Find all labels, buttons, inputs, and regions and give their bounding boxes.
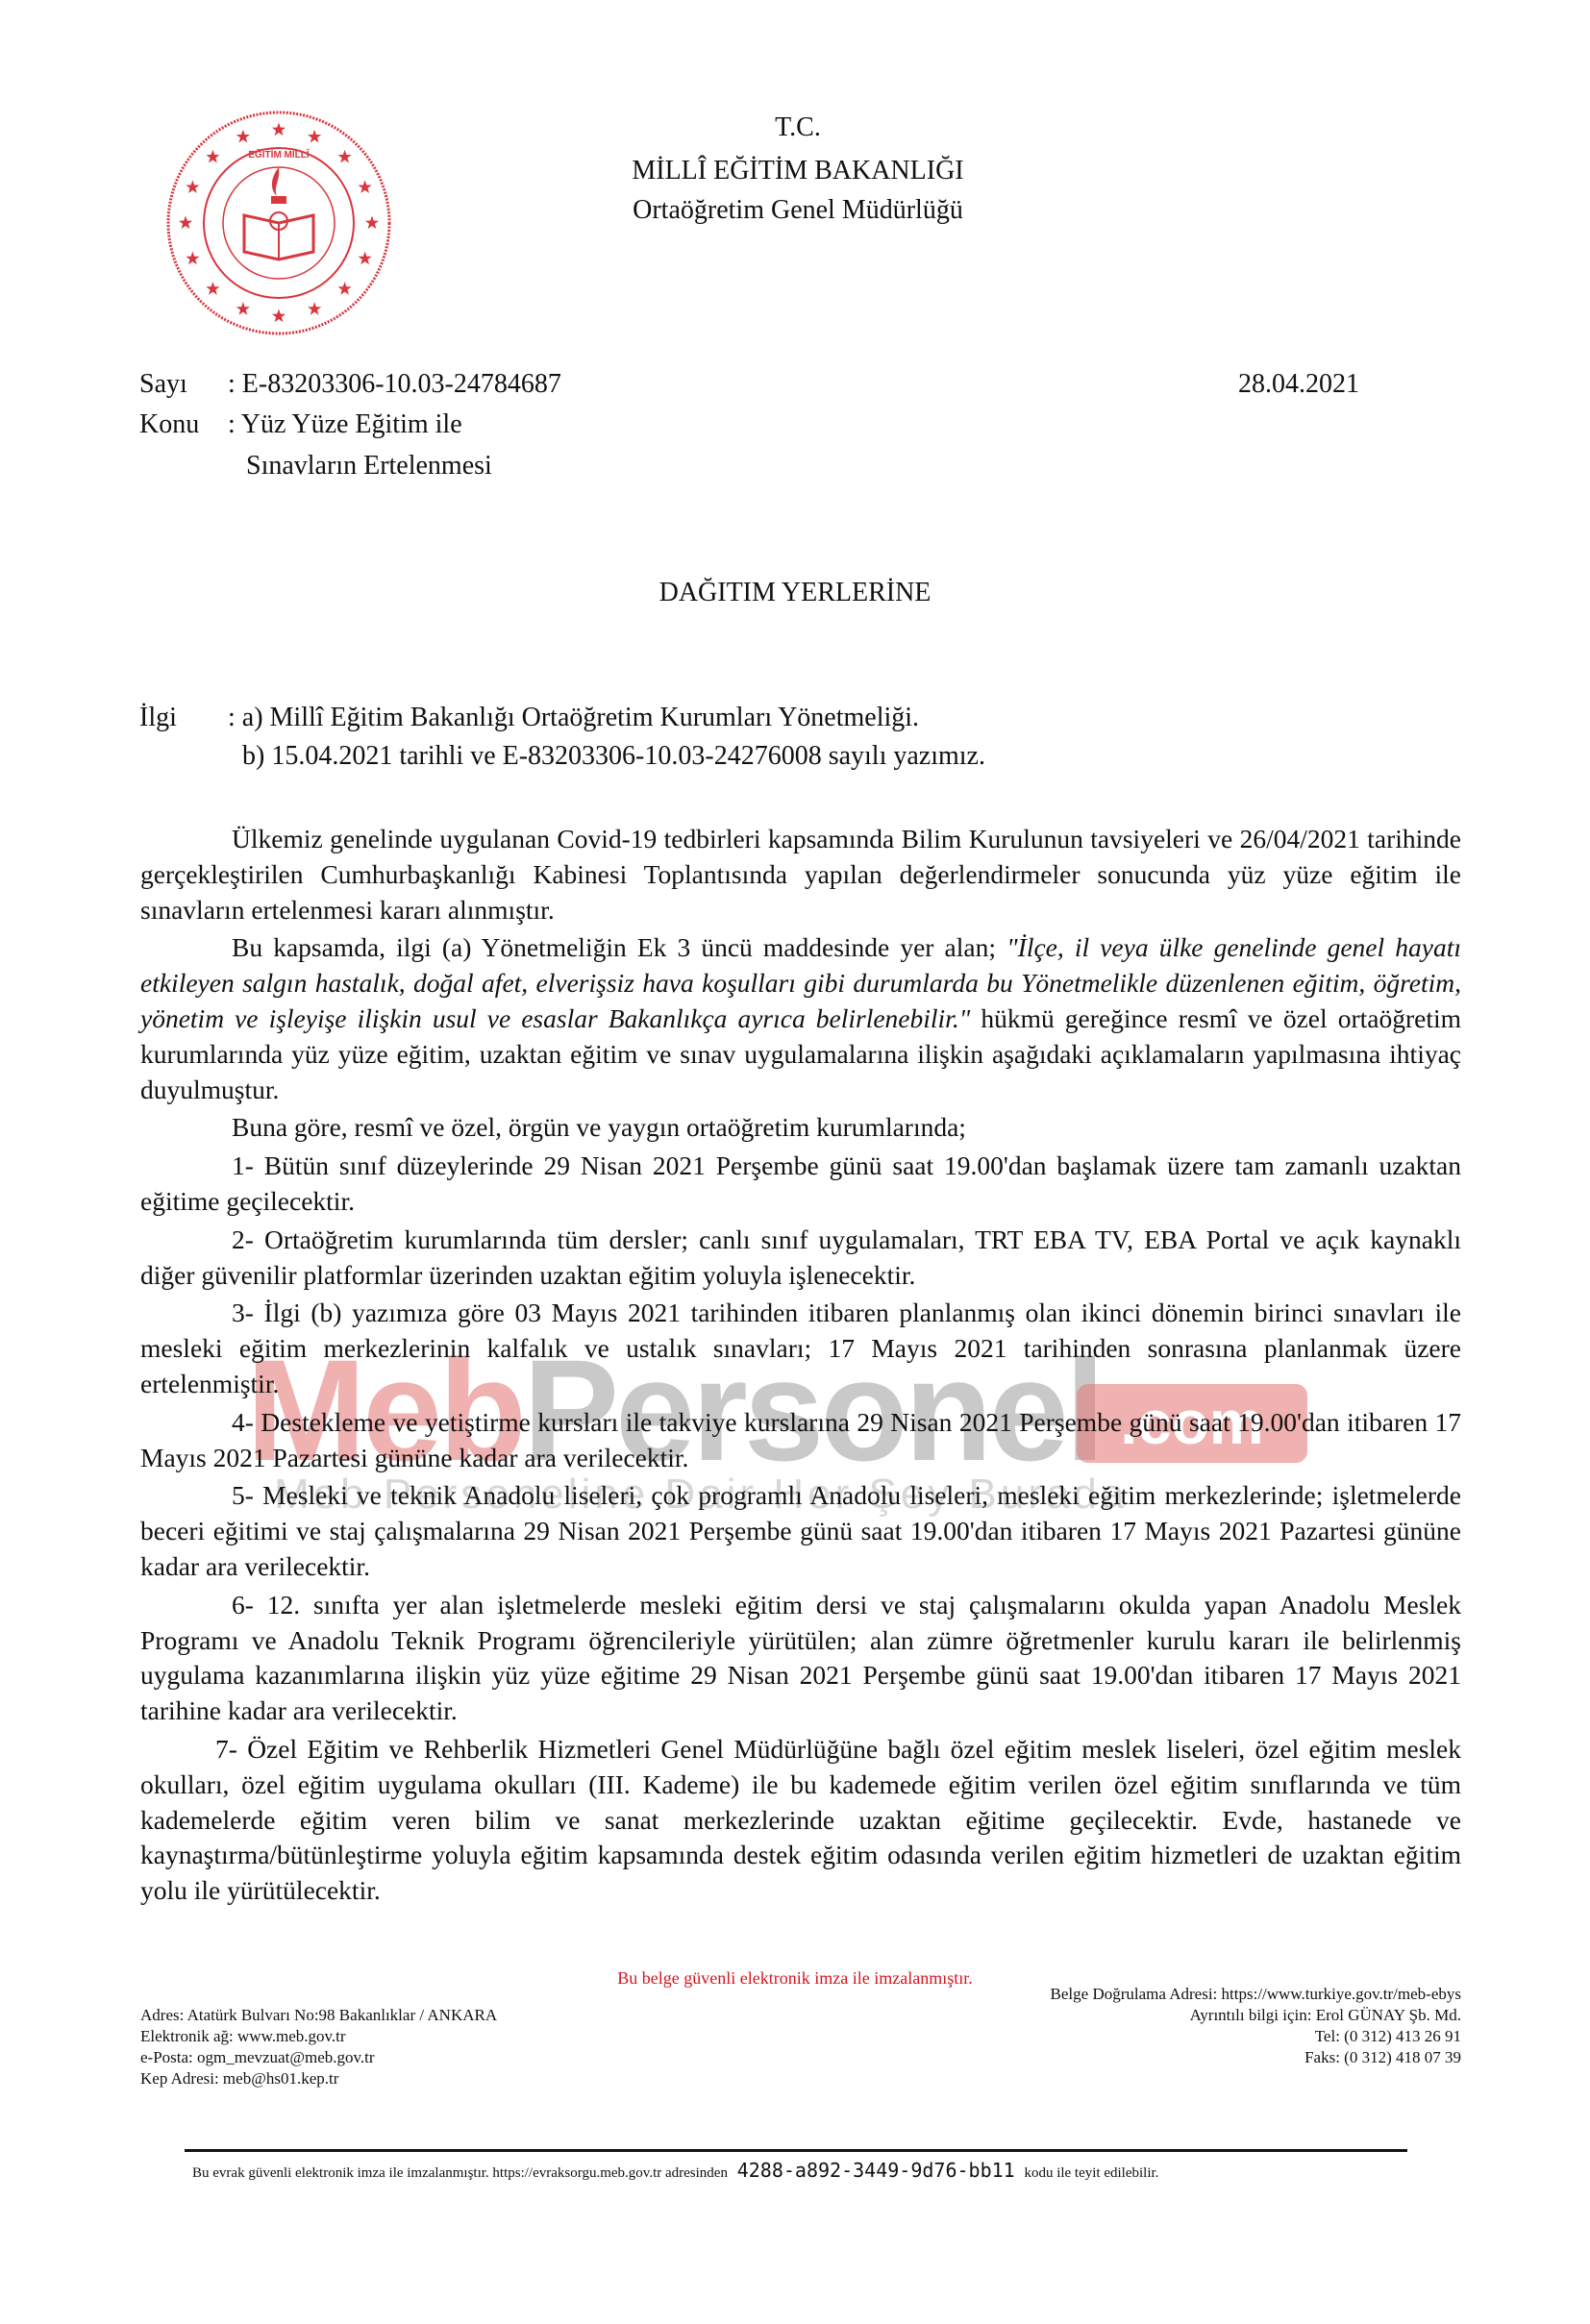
sayi-row: Sayı: E-83203306-10.03-24784687 [139, 371, 561, 398]
verification-prefix: Bu evrak güvenli elektronik imza ile imz… [192, 2165, 728, 2181]
konu-value: : Yüz Yüze Eğitim ile [228, 409, 462, 439]
recipient-heading: DAĞITIM YERLERİNE [0, 580, 1590, 606]
directorate-name: Ortaöğretim Genel Müdürlüğü [481, 197, 1115, 224]
verification-suffix: kodu ile teyit edilebilir. [1024, 2165, 1158, 2181]
list-item: 7- Özel Eğitim ve Rehberlik Hizmetleri G… [140, 1732, 1461, 1909]
paragraph-scope: Buna göre, resmî ve özel, örgün ve yaygı… [140, 1110, 1461, 1146]
svg-text:EĞİTİM MİLLÎ: EĞİTİM MİLLÎ [248, 148, 311, 161]
verification-line: Bu evrak güvenli elektronik imza ile imz… [192, 2159, 1158, 2182]
ministry-seal-icon: EĞİTİM MİLLÎ [163, 108, 394, 338]
footer-website: Elektronik ağ: www.meb.gov.tr [140, 2026, 497, 2047]
footer-phone: Tel: (0 312) 413 26 91 [1051, 2026, 1461, 2047]
konu-label: Konu [139, 411, 228, 438]
sayi-label: Sayı [139, 371, 228, 398]
list-item: 1- Bütün sınıf düzeylerinde 29 Nisan 202… [140, 1149, 1461, 1220]
footer-fax: Faks: (0 312) 418 07 39 [1051, 2047, 1461, 2068]
ilgi-label: İlgi [139, 705, 228, 731]
letter-body: Ülkemiz genelinde uygulanan Covid-19 ted… [140, 822, 1461, 1912]
list-item: 6- 12. sınıfta yer alan işletmelerde mes… [140, 1588, 1461, 1729]
header-tc: T.C. [481, 114, 1115, 141]
document-date: 28.04.2021 [1238, 371, 1359, 398]
footer-divider [185, 2149, 1407, 2152]
footer-verify-url: Belge Doğrulama Adresi: https://www.turk… [1051, 1984, 1461, 2005]
list-item: 4- Destekleme ve yetiştirme kursları ile… [140, 1405, 1461, 1476]
footer-kep: Kep Adresi: meb@hs01.kep.tr [140, 2068, 497, 2089]
list-item: 5- Mesleki ve teknik Anadolu liseleri, ç… [140, 1478, 1461, 1584]
footer-email: e-Posta: ogm_mevzuat@meb.gov.tr [140, 2047, 497, 2068]
ministry-name: MİLLÎ EĞİTİM BAKANLIĞI [481, 158, 1115, 185]
ilgi-row-a: İlgi: a) Millî Eğitim Bakanlığı Ortaöğre… [139, 705, 919, 731]
konu-value-line2: Sınavların Ertelenmesi [246, 453, 492, 480]
list-item: 3- İlgi (b) yazımıza göre 03 Mayıs 2021 … [140, 1296, 1461, 1401]
list-item: 2- Ortaöğretim kurumlarında tüm dersler;… [140, 1223, 1461, 1294]
footer-contact-right: Belge Doğrulama Adresi: https://www.turk… [1051, 1984, 1461, 2068]
footer-contact-person: Ayrıntılı bilgi için: Erol GÜNAY Şb. Md. [1051, 2005, 1461, 2026]
konu-row: Konu: Yüz Yüze Eğitim ile [139, 411, 462, 438]
sayi-value: : E-83203306-10.03-24784687 [228, 369, 561, 399]
footer-contact-left: Adres: Atatürk Bulvarı No:98 Bakanlıklar… [140, 2005, 497, 2089]
paragraph-intro: Ülkemiz genelinde uygulanan Covid-19 ted… [140, 822, 1461, 927]
paragraph-regulation: Bu kapsamda, ilgi (a) Yönetmeliğin Ek 3 … [140, 930, 1461, 1107]
ilgi-b: b) 15.04.2021 tarihli ve E-83203306-10.0… [242, 743, 985, 770]
footer-address: Adres: Atatürk Bulvarı No:98 Bakanlıklar… [140, 2005, 497, 2026]
ilgi-a: : a) Millî Eğitim Bakanlığı Ortaöğretim … [228, 703, 919, 732]
verification-code: 4288-a892-3449-9d76-bb11 [737, 2159, 1015, 2182]
regulation-intro: Bu kapsamda, ilgi (a) Yönetmeliğin Ek 3 … [232, 932, 1006, 962]
